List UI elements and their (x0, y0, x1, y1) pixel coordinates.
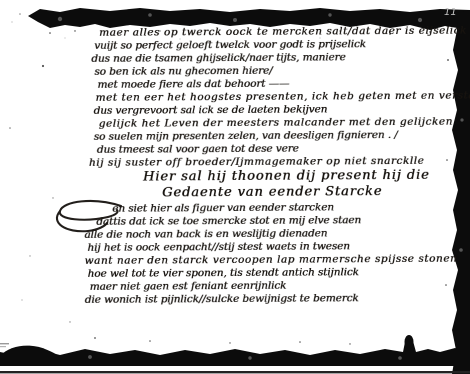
manuscript-line: dus nae die tsamen ghijselick/naer tijts… (91, 52, 345, 65)
manuscript-line: want naer den starck vercoopen lap marme… (84, 254, 457, 267)
manuscript-line: maer alles op twerck oock te mercken sal… (99, 26, 467, 39)
manuscript-scan: 11 maer alles op twerck oock te mercken … (0, 0, 470, 374)
manuscript-line-emphasis: Gedaente van eender Starcke (162, 185, 382, 199)
manuscript-line: met ten eer het hoogstes presenten, ick … (95, 90, 470, 103)
manuscript-line-emphasis: Hier sal hij thoonen dij present hij die (143, 169, 430, 184)
manuscript-line: gelijck het Leven der meesters malcander… (99, 117, 453, 130)
manuscript-line: vuijt so perfect geloeft twelck voor god… (94, 39, 366, 52)
manuscript-line: dattis dat ick se toe smercke stot en mi… (96, 215, 361, 228)
manuscript-line: en siet hier als figuer van eender starc… (112, 202, 334, 214)
manuscript-line: so ben ick als nu ghecomen hiere/ (94, 66, 272, 78)
manuscript-line: hij sij suster off broeder/Ijmmagemaker … (89, 156, 425, 169)
manuscript-text-block: maer alles op twerck oock te mercken sal… (0, 0, 470, 374)
folio-number: 11 (444, 7, 457, 18)
manuscript-line: hoe wel tot te vier sponen, tis stendt a… (87, 267, 358, 280)
manuscript-line: dus vergrevoort sal ick se de laeten bek… (94, 104, 328, 116)
manuscript-line: maer niet gaen est feniant eenrijnlick (90, 281, 287, 293)
manuscript-line: so suelen mijn presenten zelen, van dees… (94, 130, 398, 143)
manuscript-line: alle die noch van back is en weslijtig d… (84, 228, 327, 240)
manuscript-line: die wonich ist pijnlick//sulcke bewijnig… (85, 293, 359, 306)
manuscript-line: hij het is oock eenpacht//stij stest wae… (87, 241, 350, 254)
manuscript-line: dus tmeest sal voor gaen tot dese vere (97, 144, 299, 156)
manuscript-line: met moede fiere als dat behoort —— (97, 79, 289, 91)
